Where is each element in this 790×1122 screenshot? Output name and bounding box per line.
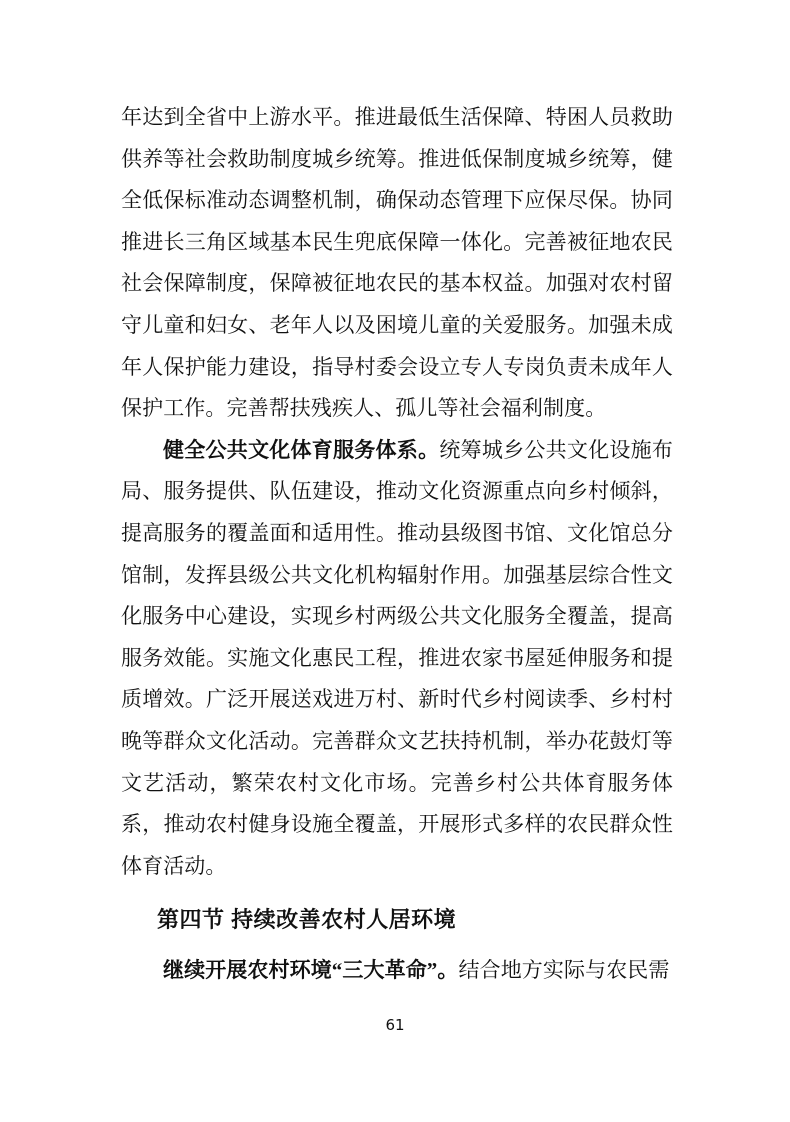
document-page: 年达到全省中上游水平。推进最低生活保障、特困人员救助供养等社会救助制度城乡统筹。…	[0, 0, 790, 1122]
section-heading: 第四节 持续改善农村人居环境	[157, 904, 673, 936]
paragraph-social-assistance: 年达到全省中上游水平。推进最低生活保障、特困人员救助供养等社会救助制度城乡统筹。…	[121, 97, 673, 430]
paragraph-bold-lead: 继续开展农村环境“三大革命”。	[163, 958, 459, 982]
paragraph-rural-environment: 继续开展农村环境“三大革命”。结合地方实际与农民需	[121, 950, 673, 992]
page-number: 61	[0, 1016, 790, 1034]
paragraph-public-culture-sports: 健全公共文化体育服务体系。统筹城乡公共文化设施布局、服务提供、队伍建设，推动文化…	[121, 430, 673, 888]
paragraph-bold-lead: 健全公共文化体育服务体系。	[163, 438, 439, 462]
text-block: 年达到全省中上游水平。推进最低生活保障、特困人员救助供养等社会救助制度城乡统筹。…	[121, 97, 673, 992]
paragraph-body-text: 结合地方实际与农民需	[459, 958, 670, 982]
paragraph-body-text: 统筹城乡公共文化设施布局、服务提供、队伍建设，推动文化资源重点向乡村倾斜，提高服…	[121, 438, 673, 878]
